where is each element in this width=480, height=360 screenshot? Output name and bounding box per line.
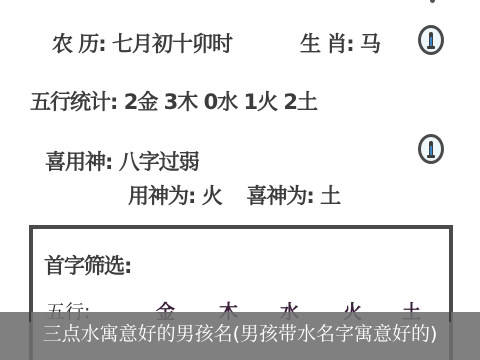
yongshen-row: 用神为: 火 喜神为: 土 [128,180,340,210]
wuxing-stats-label: 五行统计: [30,90,117,114]
xiyongshen-row: 喜用神: 八字过弱 [45,146,199,176]
lunar-label: 农 历: [52,32,106,56]
zodiac-label: 生 肖: [300,32,354,56]
yongshen-label: 用神为: [128,184,195,208]
wuxing-stats-row: 五行统计: 2金 3木 0水 1火 2土 [30,86,317,116]
wuxing-stats-value: 2金 3木 0水 1火 2土 [124,90,317,114]
zodiac-value: 马 [360,32,380,56]
lunar-row: 农 历: 七月初十卯时 [52,28,232,58]
partial-icon-top [430,0,435,3]
caption-overlay: 三点水寓意好的男孩名(男孩带水名字寓意好的) [0,312,480,360]
info-base [427,46,435,49]
lunar-value: 七月初十卯时 [112,32,232,56]
xishen-value: 土 [320,184,340,208]
panel-border-left-stub [29,312,31,322]
yongshen-value: 火 [202,184,222,208]
panel-border-right-stub [449,312,451,322]
info-base [427,155,435,158]
xiyongshen-value: 八字过弱 [119,150,199,174]
zodiac-row: 生 肖: 马 [300,28,380,58]
xiyongshen-label: 喜用神: [45,150,112,174]
filter-title: 首字筛选: [44,250,131,280]
info-icon[interactable] [418,134,444,164]
xishen-label: 喜神为: [246,184,313,208]
info-icon[interactable] [418,25,444,55]
